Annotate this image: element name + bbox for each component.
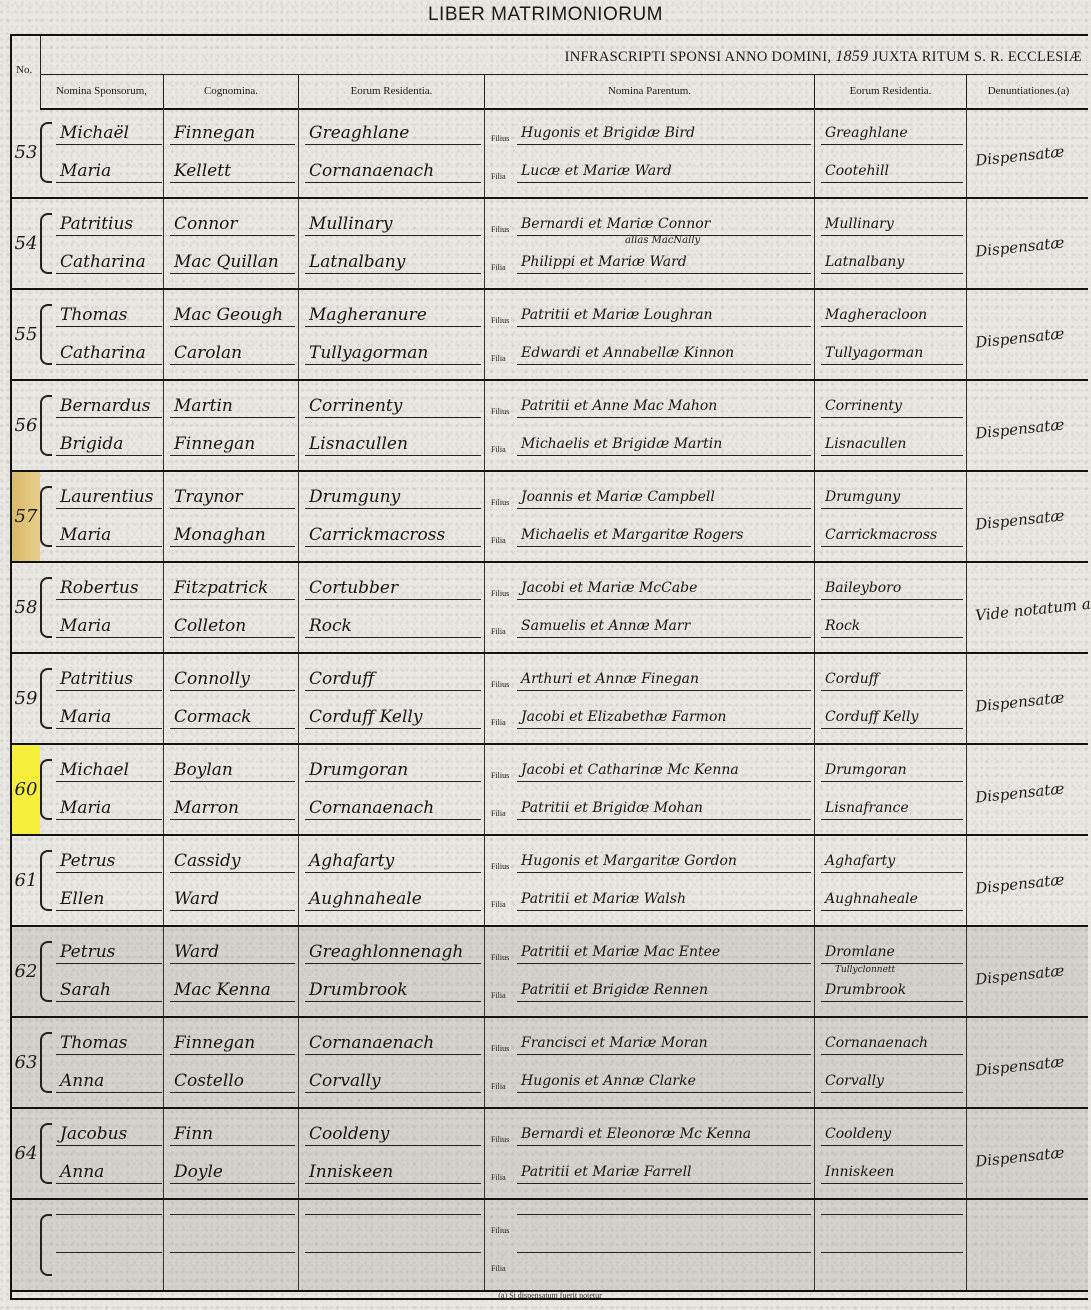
groom-parents: Patritii et Mariæ Mac Entee xyxy=(517,941,811,964)
bride-residence: Carrickmacross xyxy=(305,524,481,547)
filius-label: Filius xyxy=(491,862,509,871)
bride-name: Ellen xyxy=(56,888,162,911)
bride-surname: Costello xyxy=(170,1070,295,1093)
banns-status xyxy=(975,1232,1083,1243)
groom-parents: Hugonis et Brigidæ Bird xyxy=(517,122,811,145)
bride-parents-residence: Lisnacullen xyxy=(821,433,963,456)
groom-parents xyxy=(517,1214,811,1215)
bride-parents: Patritii et Mariæ Farrell xyxy=(517,1161,811,1184)
bride-surname: Carolan xyxy=(170,342,295,365)
groom-parents: Patritii et Anne Mac Mahon xyxy=(517,395,811,418)
groom-parents-residence: Corrinenty xyxy=(821,395,963,418)
register-entry: 57LaurentiusMariaTraynorMonaghanDrumguny… xyxy=(12,472,1088,563)
bride-residence: Drumbrook xyxy=(305,979,481,1002)
groom-parents-residence: Baileyboro xyxy=(821,577,963,600)
bride-parents-residence xyxy=(821,1252,963,1253)
footnote: (a) Si dispensatum fuerit notetur xyxy=(12,1291,1088,1300)
number-column-header: No. xyxy=(12,36,41,108)
entry-number: 60 xyxy=(12,745,40,834)
column-headers: Nomina Sponsorum, Cognomina. Eorum Resid… xyxy=(40,74,1088,110)
bride-residence: Corvally xyxy=(305,1070,481,1093)
col-header-surnames: Cognomina. xyxy=(164,74,299,108)
filia-label: Filia xyxy=(491,1264,506,1273)
groom-name: Thomas xyxy=(56,304,162,327)
groom-residence: Drumguny xyxy=(305,486,481,509)
filius-label: Filius xyxy=(491,498,509,507)
bride-parents-residence: Corduff Kelly xyxy=(821,706,963,729)
groom-parents: Bernardi et Mariæ Connor xyxy=(517,213,811,236)
banner-year: 1859 xyxy=(835,48,868,65)
filius-label: Filius xyxy=(491,1135,509,1144)
bride-name: Maria xyxy=(56,524,162,547)
filia-label: Filia xyxy=(491,900,506,909)
bride-name: Maria xyxy=(56,160,162,183)
filius-label: Filius xyxy=(491,316,509,325)
groom-residence: Mullinary xyxy=(305,213,481,236)
bride-surname: Ward xyxy=(170,888,295,911)
register-entry: 56BernardusBrigidaMartinFinneganCorrinen… xyxy=(12,381,1088,472)
bride-surname xyxy=(170,1252,295,1253)
groom-name: Petrus xyxy=(56,941,162,964)
entry-number: 64 xyxy=(12,1109,40,1198)
bride-residence: Latnalbany xyxy=(305,251,481,274)
bride-surname: Mac Kenna xyxy=(170,979,295,1002)
groom-residence: Greaghlane xyxy=(305,122,481,145)
groom-parents-residence: Cornanaenach xyxy=(821,1032,963,1055)
bride-parents: Philippi et Mariæ Ward xyxy=(517,251,811,274)
filia-label: Filia xyxy=(491,263,506,272)
bride-parents: Lucæ et Mariæ Ward xyxy=(517,160,811,183)
bride-parents-residence: Corvally xyxy=(821,1070,963,1093)
bride-parents-residence: Inniskeen xyxy=(821,1161,963,1184)
entry-number: 59 xyxy=(12,654,40,743)
register-entry: 61PetrusEllenCassidyWardAghafartyAughnah… xyxy=(12,836,1088,927)
entry-number: 53 xyxy=(12,108,40,197)
register-title: LIBER MATRIMONIORUM xyxy=(0,4,1091,26)
filia-label: Filia xyxy=(491,172,506,181)
bride-surname: Monaghan xyxy=(170,524,295,547)
entry-number: 56 xyxy=(12,381,40,470)
groom-parents: Jacobi et Catharinæ Mc Kenna xyxy=(517,759,811,782)
banns-status: Vide notatum a Parocho xyxy=(974,595,1084,624)
groom-parents: Joannis et Mariæ Campbell xyxy=(517,486,811,509)
entry-number: 55 xyxy=(12,290,40,379)
groom-surname: Martin xyxy=(170,395,295,418)
filius-label: Filius xyxy=(491,407,509,416)
groom-surname: Finn xyxy=(170,1123,295,1146)
register-entry: 60MichaelMariaBoylanMarronDrumgoranCorna… xyxy=(12,745,1088,836)
register-entry: 54PatritiusCatharinaConnorMac QuillanMul… xyxy=(12,199,1088,290)
register-entry: FiliusFilia xyxy=(12,1200,1088,1292)
bride-residence: Lisnacullen xyxy=(305,433,481,456)
banns-status: Dispensatæ xyxy=(974,868,1084,897)
bride-name: Sarah xyxy=(56,979,162,1002)
col-header-parents-residence: Eorum Residentia. xyxy=(815,74,967,108)
filia-label: Filia xyxy=(491,445,506,454)
bride-name xyxy=(56,1252,162,1253)
bride-surname: Doyle xyxy=(170,1161,295,1184)
bride-parents-residence: Cootehill xyxy=(821,160,963,183)
groom-name: Michael xyxy=(56,759,162,782)
groom-surname: Connolly xyxy=(170,668,295,691)
banner-text: INFRASCRIPTI SPONSI ANNO DOMINI, 1859 JU… xyxy=(565,48,1082,66)
col-header-names: Nomina Sponsorum, xyxy=(40,74,164,108)
number-label: No. xyxy=(16,64,32,76)
groom-parents-residence: Corduff xyxy=(821,668,963,691)
entry-number: 62 xyxy=(12,927,40,1016)
groom-residence: Cornanaenach xyxy=(305,1032,481,1055)
banns-status: Dispensatæ xyxy=(974,231,1084,260)
groom-residence: Corrinenty xyxy=(305,395,481,418)
filia-label: Filia xyxy=(491,1082,506,1091)
groom-surname xyxy=(170,1214,295,1215)
groom-residence: Cortubber xyxy=(305,577,481,600)
groom-parents-residence xyxy=(821,1214,963,1215)
groom-residence: Cooldeny xyxy=(305,1123,481,1146)
register-entry: 59PatritiusMariaConnollyCormackCorduffCo… xyxy=(12,654,1088,745)
groom-parents: Patritii et Mariæ Loughran xyxy=(517,304,811,327)
filius-label: Filius xyxy=(491,1226,509,1235)
groom-name: Thomas xyxy=(56,1032,162,1055)
groom-surname: Finnegan xyxy=(170,122,295,145)
register-entry: 55ThomasCatharinaMac GeoughCarolanMagher… xyxy=(12,290,1088,381)
entry-number: 63 xyxy=(12,1018,40,1107)
bride-parents: Patritii et Brigidæ Rennen xyxy=(517,979,811,1002)
groom-surname: Cassidy xyxy=(170,850,295,873)
register-sheet: No. INFRASCRIPTI SPONSI ANNO DOMINI, 185… xyxy=(10,34,1088,1300)
groom-surname: Fitzpatrick xyxy=(170,577,295,600)
groom-name: Laurentius xyxy=(56,486,162,509)
banns-status: Dispensatæ xyxy=(974,504,1084,533)
groom-surname: Mac Geough xyxy=(170,304,295,327)
groom-parents-residence: Cooldeny xyxy=(821,1123,963,1146)
banns-status: Dispensatæ xyxy=(974,322,1084,351)
banns-status: Dispensatæ xyxy=(974,1050,1084,1079)
filia-label: Filia xyxy=(491,809,506,818)
groom-name: Jacobus xyxy=(56,1123,162,1146)
groom-name: Bernardus xyxy=(56,395,162,418)
bride-residence: Corduff Kelly xyxy=(305,706,481,729)
bride-parents: Samuelis et Annæ Marr xyxy=(517,615,811,638)
bride-residence: Tullyagorman xyxy=(305,342,481,365)
groom-parents-residence: Dromlane xyxy=(821,941,963,964)
groom-residence: Magheranure xyxy=(305,304,481,327)
bride-surname: Mac Quillan xyxy=(170,251,295,274)
bride-name: Maria xyxy=(56,615,162,638)
bride-parents-residence: Carrickmacross xyxy=(821,524,963,547)
filia-label: Filia xyxy=(491,536,506,545)
bride-residence: Aughnaheale xyxy=(305,888,481,911)
col-header-residence: Eorum Residentia. xyxy=(299,74,485,108)
banns-status: Dispensatæ xyxy=(974,413,1084,442)
parents-alias-note: alias MacNally xyxy=(625,235,700,246)
bride-parents: Hugonis et Annæ Clarke xyxy=(517,1070,811,1093)
groom-name: Michaël xyxy=(56,122,162,145)
groom-parents-residence: Mullinary xyxy=(821,213,963,236)
banner-suffix: JUXTA RITUM S. R. ECCLESIÆ xyxy=(872,49,1082,65)
register-entry: 62PetrusSarahWardMac KennaGreaghlonnenag… xyxy=(12,927,1088,1018)
groom-name: Patritius xyxy=(56,213,162,236)
bride-surname: Cormack xyxy=(170,706,295,729)
entry-number: 54 xyxy=(12,199,40,288)
bride-parents-residence: Drumbrook xyxy=(821,979,963,1002)
bride-residence: Cornanaenach xyxy=(305,160,481,183)
bride-residence: Rock xyxy=(305,615,481,638)
col-header-parents: Nomina Parentum. xyxy=(485,74,815,108)
bride-parents: Michaelis et Margaritæ Rogers xyxy=(517,524,811,547)
groom-parents: Hugonis et Margaritæ Gordon xyxy=(517,850,811,873)
filius-label: Filius xyxy=(491,225,509,234)
bride-parents: Michaelis et Brigidæ Martin xyxy=(517,433,811,456)
banns-status: Dispensatæ xyxy=(974,686,1084,715)
bride-parents-residence: Aughnaheale xyxy=(821,888,963,911)
groom-residence: Drumgoran xyxy=(305,759,481,782)
register-entry: 63ThomasAnnaFinneganCostelloCornanaenach… xyxy=(12,1018,1088,1109)
bride-name: Catharina xyxy=(56,342,162,365)
groom-name: Robertus xyxy=(56,577,162,600)
bride-residence: Inniskeen xyxy=(305,1161,481,1184)
bride-parents-residence: Rock xyxy=(821,615,963,638)
groom-surname: Finnegan xyxy=(170,1032,295,1055)
filius-label: Filius xyxy=(491,771,509,780)
bride-name: Catharina xyxy=(56,251,162,274)
groom-surname: Traynor xyxy=(170,486,295,509)
bride-parents-residence: Latnalbany xyxy=(821,251,963,274)
residence-note: Tullyclonnett xyxy=(835,965,895,975)
bride-parents-residence: Tullyagorman xyxy=(821,342,963,365)
bride-surname: Marron xyxy=(170,797,295,820)
banns-status: Dispensatæ xyxy=(974,777,1084,806)
groom-residence: Greaghlonnenagh xyxy=(305,941,481,964)
filius-label: Filius xyxy=(491,589,509,598)
banns-status: Dispensatæ xyxy=(974,140,1084,169)
bride-name: Anna xyxy=(56,1161,162,1184)
entry-number: 58 xyxy=(12,563,40,652)
filia-label: Filia xyxy=(491,1173,506,1182)
groom-name xyxy=(56,1214,162,1215)
register-entry: 53MichaëlMariaFinneganKellettGreaghlaneC… xyxy=(12,108,1088,199)
filius-label: Filius xyxy=(491,680,509,689)
banns-status: Dispensatæ xyxy=(974,1141,1084,1170)
bride-parents xyxy=(517,1252,811,1253)
groom-parents: Bernardi et Eleonoræ Mc Kenna xyxy=(517,1123,811,1146)
bride-parents: Edwardi et Annabellæ Kinnon xyxy=(517,342,811,365)
register-entry: 58RobertusMariaFitzpatrickColletonCortub… xyxy=(12,563,1088,654)
groom-parents-residence: Greaghlane xyxy=(821,122,963,145)
bride-residence: Cornanaenach xyxy=(305,797,481,820)
groom-residence xyxy=(305,1214,481,1215)
filia-label: Filia xyxy=(491,627,506,636)
entry-number: 61 xyxy=(12,836,40,925)
groom-parents: Jacobi et Mariæ McCabe xyxy=(517,577,811,600)
groom-surname: Boylan xyxy=(170,759,295,782)
groom-name: Patritius xyxy=(56,668,162,691)
bride-surname: Colleton xyxy=(170,615,295,638)
groom-parents-residence: Aghafarty xyxy=(821,850,963,873)
entry-number xyxy=(12,1200,40,1290)
groom-parents-residence: Magheracloon xyxy=(821,304,963,327)
bride-name: Brigida xyxy=(56,433,162,456)
bride-surname: Finnegan xyxy=(170,433,295,456)
bride-parents: Jacobi et Elizabethæ Farmon xyxy=(517,706,811,729)
filia-label: Filia xyxy=(491,354,506,363)
bride-name: Maria xyxy=(56,706,162,729)
groom-surname: Connor xyxy=(170,213,295,236)
groom-residence: Aghafarty xyxy=(305,850,481,873)
groom-parents: Arthuri et Annæ Finegan xyxy=(517,668,811,691)
bride-surname: Kellett xyxy=(170,160,295,183)
groom-parents: Francisci et Mariæ Moran xyxy=(517,1032,811,1055)
groom-parents-residence: Drumgoran xyxy=(821,759,963,782)
filius-label: Filius xyxy=(491,134,509,143)
groom-residence: Corduff xyxy=(305,668,481,691)
filia-label: Filia xyxy=(491,718,506,727)
register-entry: 64JacobusAnnaFinnDoyleCooldenyInniskeenF… xyxy=(12,1109,1088,1200)
filius-label: Filius xyxy=(491,953,509,962)
bride-parents: Patritii et Brigidæ Mohan xyxy=(517,797,811,820)
bride-parents: Patritii et Mariæ Walsh xyxy=(517,888,811,911)
register-banner: INFRASCRIPTI SPONSI ANNO DOMINI, 1859 JU… xyxy=(40,36,1088,75)
groom-surname: Ward xyxy=(170,941,295,964)
banns-status: Dispensatæ xyxy=(974,959,1084,988)
filius-label: Filius xyxy=(491,1044,509,1053)
banner-prefix: INFRASCRIPTI SPONSI ANNO DOMINI, xyxy=(565,49,832,65)
col-header-banns: Denuntiationes.(a) xyxy=(967,74,1090,108)
bride-name: Anna xyxy=(56,1070,162,1093)
filia-label: Filia xyxy=(491,991,506,1000)
bride-parents-residence: Lisnafrance xyxy=(821,797,963,820)
entry-number: 57 xyxy=(12,472,40,561)
groom-name: Petrus xyxy=(56,850,162,873)
bride-name: Maria xyxy=(56,797,162,820)
bride-residence xyxy=(305,1252,481,1253)
groom-parents-residence: Drumguny xyxy=(821,486,963,509)
